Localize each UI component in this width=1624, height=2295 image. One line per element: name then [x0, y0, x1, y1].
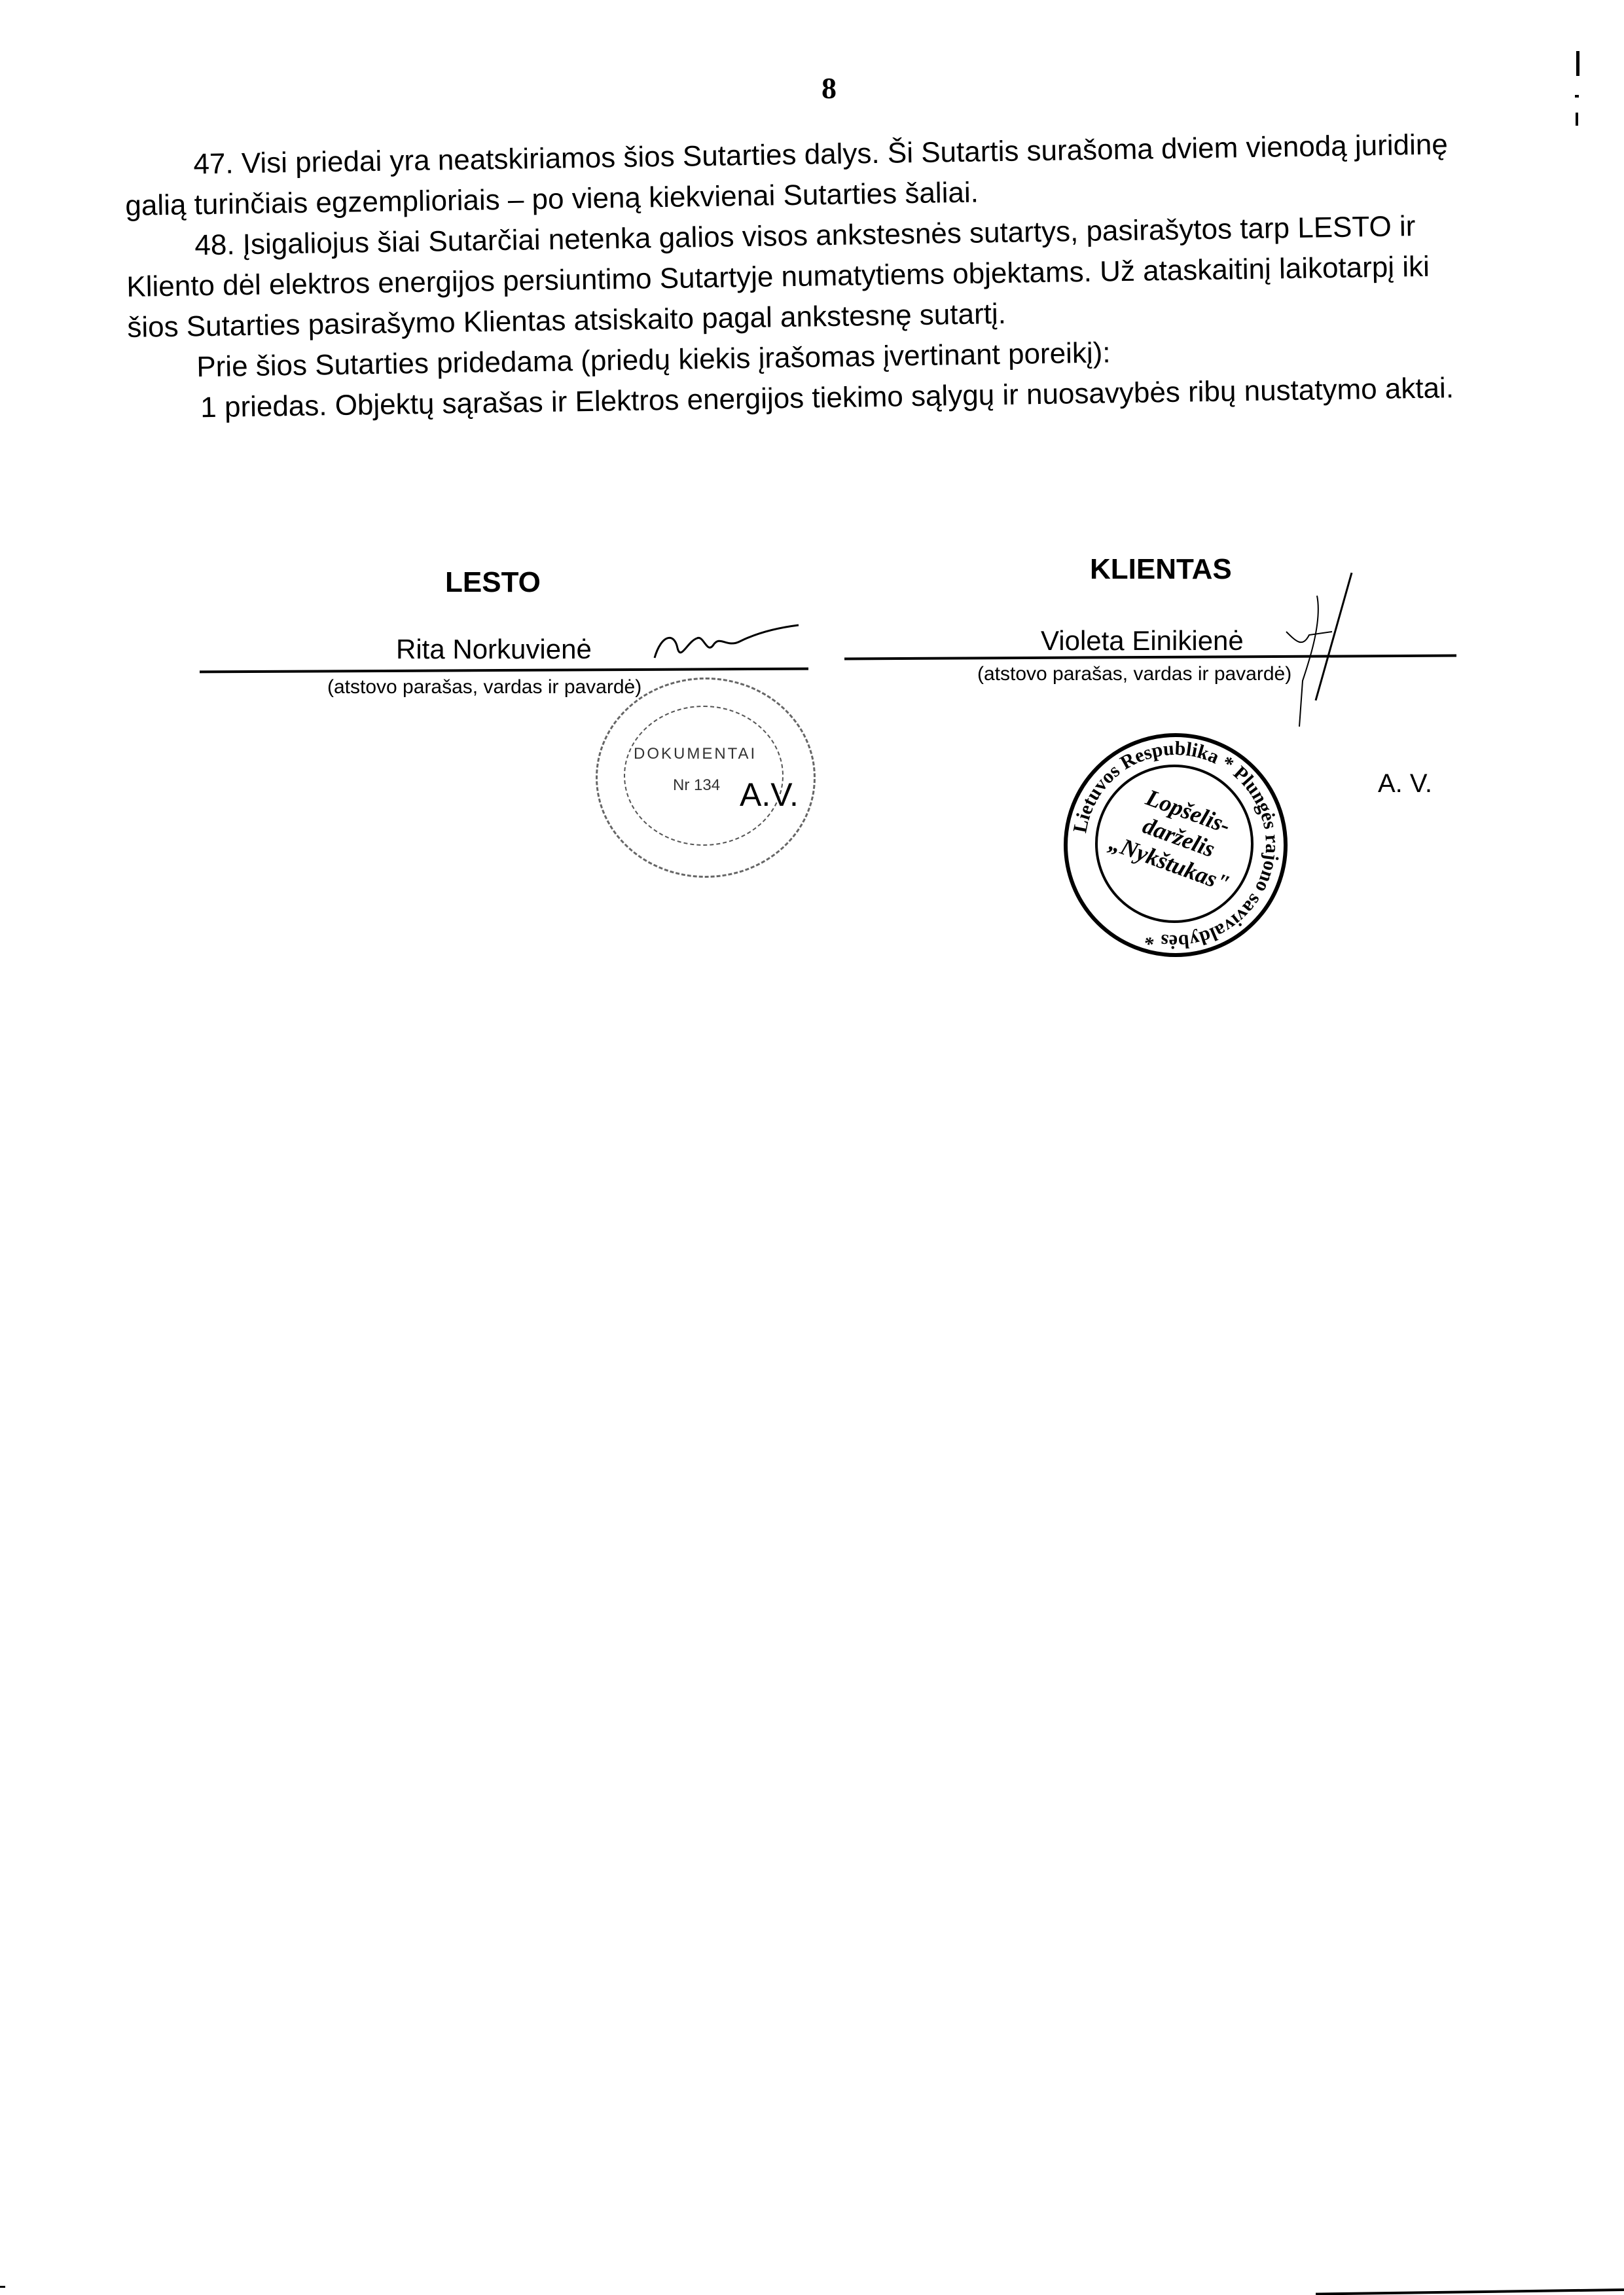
lesto-signature-caption: (atstovo parašas, vardas ir pavardė): [327, 676, 641, 698]
klientas-party-label: KLIENTAS: [1090, 553, 1232, 586]
av-mark-lesto: A.V.: [740, 776, 799, 814]
documents-stamp-number: Nr 134: [673, 776, 720, 795]
documents-stamp-title: DOKUMENTAI: [634, 745, 757, 763]
lesto-signature-line: [200, 668, 808, 674]
klientas-representative-name: Violeta Einikienė: [1041, 625, 1244, 657]
lesto-party-label: LESTO: [445, 566, 541, 599]
klientas-signature-caption: (atstovo parašas, vardas ir pavardė): [977, 663, 1291, 685]
lesto-signature-scribble: [648, 622, 805, 668]
scan-margin-mark: [1575, 95, 1579, 98]
scan-edge-mark: [1316, 2288, 1624, 2295]
kindergarten-stamp: Lietuvos Respublika * Plungės rajono sav…: [1064, 733, 1288, 957]
scan-margin-mark: [1576, 51, 1579, 76]
contract-body: 47. Visi priedai yra neatskiriamos šios …: [124, 123, 1536, 429]
lesto-representative-name: Rita Norkuvienė: [396, 634, 592, 665]
scan-margin-mark: [1576, 113, 1578, 126]
scan-edge-mark: [0, 2286, 5, 2288]
av-mark-klientas: A. V.: [1378, 769, 1432, 799]
page-number: 8: [821, 71, 837, 105]
